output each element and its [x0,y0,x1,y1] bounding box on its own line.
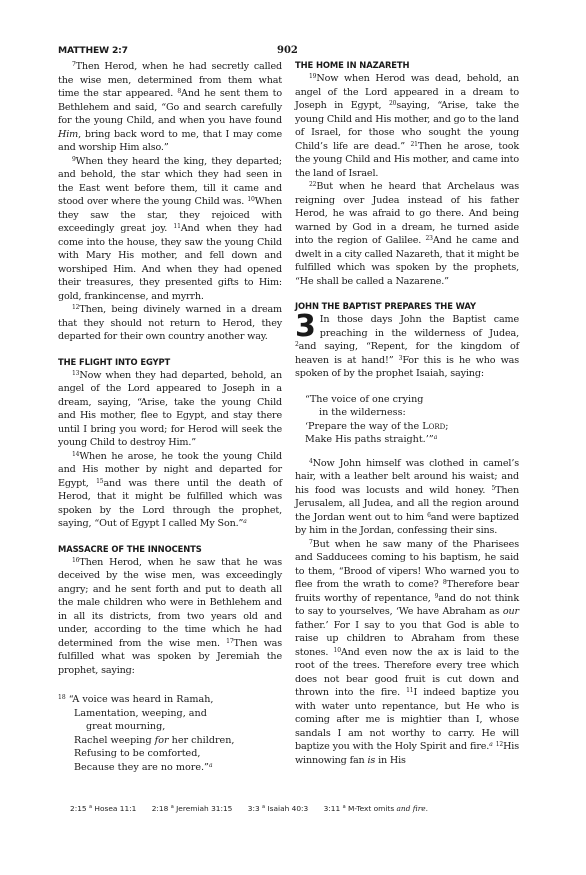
poetry-text: her children, [169,735,235,746]
footnote-marker[interactable]: a [243,518,246,525]
footnote-item: 3:3 a Isaiah 40:3 [248,804,308,813]
verse-text: Now when they had departed, behold, an a… [58,370,282,449]
verse-number: 11 [173,223,180,230]
footnote-mark: a [343,804,346,810]
footnote-text: Jeremiah 31:15 [176,804,232,813]
footnote-mark: a [262,804,265,810]
footnote-italic: and fire [397,804,426,813]
footnote-ref: 3:11 [324,804,341,813]
section-heading-massacre-of-innocents: MASSACRE OF THE INNOCENTS [58,543,282,555]
verse-number: 10 [334,647,341,654]
footnote-ref: 2:18 [152,804,169,813]
paragraph-matt-3-1: 3In those days John the Baptist came pre… [295,313,519,381]
poetry-text: Make His paths straight.’” [305,434,434,445]
section-heading-flight-into-egypt: THE FLIGHT INTO EGYPT [58,356,282,368]
poetry-text: “A voice was heard in Ramah, [69,694,214,705]
poetry-line: Refusing to be comforted, [58,747,282,761]
footnote-text: Hosea 11:1 [94,804,136,813]
verse-number: 18 [58,694,66,701]
small-caps-lord: Lord [422,421,445,432]
paragraph-matt-2-16: 16Then Herod, when he saw that he was de… [58,556,282,678]
footnote-item: 2:18 a Jeremiah 31:15 [152,804,233,813]
verse-text: Then Herod, when he saw that he was dece… [58,557,282,649]
poetry-line: great mourning, [58,720,282,734]
left-column: 7Then Herod, when he had secretly called… [58,60,282,784]
verse-text: , bring back word to me, that I may come… [58,129,282,154]
footnote-mark: a [171,804,174,810]
paragraph-matt-2-14: 14When he arose, he took the young Child… [58,450,282,531]
paragraph-matt-3-4: 4Now John himself was clothed in camel’s… [295,457,519,538]
verse-number: 12 [496,741,503,748]
footnote-text: Isaiah 40:3 [267,804,308,813]
verse-text: Then, being divinely warned in a dream t… [58,304,282,342]
section-heading-home-in-nazareth: THE HOME IN NAZARETH [295,59,519,71]
bible-page: MATTHEW 2:7 902 7Then Herod, when he had… [0,0,586,875]
footnote-text: M-Text omits [348,804,397,813]
poetry-line: Make His paths straight.’”a [295,433,519,447]
footnotes: 2:15 a Hosea 11:1 2:18 a Jeremiah 31:15 … [70,804,441,813]
poetry-text: Because they are no more.” [74,762,209,773]
poetry-text: ; [445,421,448,432]
poetry-line: in the wilderness: [295,406,519,420]
verse-text: In those days John the Baptist came prea… [320,314,519,339]
footnote-ref: 2:15 [70,804,87,813]
poetry-line: 18 “A voice was heard in Ramah, [58,693,282,707]
footnote-ref: 3:3 [248,804,260,813]
italic-word: our [503,606,519,617]
poetry-block-matt-2-18: 18 “A voice was heard in Ramah, Lamentat… [58,693,282,774]
paragraph-matt-2-9: 9When they heard the king, they departed… [58,155,282,304]
paragraph-matt-2-7: 7Then Herod, when he had secretly called… [58,60,282,155]
poetry-line: Because they are no more.”a [58,761,282,775]
poetry-line: Lamentation, weeping, and [58,707,282,721]
verse-number: 10 [247,196,254,203]
poetry-text: ‘Prepare the way of the [305,421,422,432]
paragraph-matt-2-12: 12Then, being divinely warned in a dream… [58,303,282,344]
verse-text: Now John himself was clothed in camel’s … [295,458,519,496]
footnote-marker[interactable]: a [434,434,438,441]
verse-number: 17 [226,638,233,645]
footnote-marker[interactable]: a [209,762,213,769]
poetry-line: “The voice of one crying [295,393,519,407]
paragraph-matt-2-19: 19Now when Herod was dead, behold, an an… [295,72,519,180]
verse-number: 23 [425,235,432,242]
right-column: THE HOME IN NAZARETH 19Now when Herod wa… [295,59,519,767]
verse-number: 21 [411,141,418,148]
footnote-text: . [426,804,428,813]
footnote-item: 2:15 a Hosea 11:1 [70,804,136,813]
paragraph-matt-2-22: 22But when he heard that Archelaus was r… [295,180,519,288]
italic-word: for [155,735,169,746]
page-number: 902 [277,45,298,56]
poetry-block-matt-3-3: “The voice of one crying in the wilderne… [295,393,519,447]
section-heading-john-the-baptist: JOHN THE BAPTIST PREPARES THE WAY [295,300,519,312]
paragraph-matt-3-7: 7But when he saw many of the Pharisees a… [295,538,519,768]
paragraph-matt-2-13: 13Now when they had departed, behold, an… [58,369,282,450]
running-head: MATTHEW 2:7 [58,45,128,56]
verse-text: in His [375,755,406,766]
italic-word: Him [58,129,78,140]
verse-text: And when they had come into the house, t… [58,223,282,302]
poetry-line: ‘Prepare the way of the Lord; [295,420,519,434]
footnote-marker[interactable]: a [489,741,492,748]
chapter-number-dropcap: 3 [295,314,316,340]
footnote-item: 3:11 a M-Text omits and fire. [324,804,428,813]
poetry-text: Rachel weeping [74,735,155,746]
footnote-mark: a [89,804,92,810]
poetry-line: Rachel weeping for her children, [58,734,282,748]
